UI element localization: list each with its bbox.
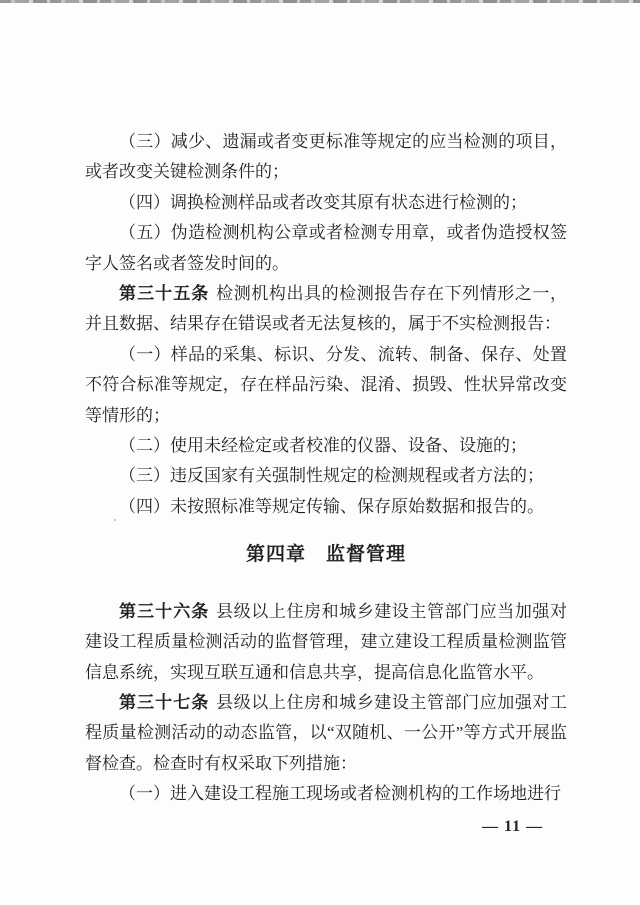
paragraph-text: （四）调换检测样品或者改变其原有状态进行检测的； <box>119 193 527 212</box>
paragraph: （一）进入建设工程施工现场或者检测机构的工作场地进行 <box>85 779 567 809</box>
paragraph: （三）减少、遗漏或者变更标准等规定的应当检测的项目，或者改变关键检测条件的； <box>85 127 567 188</box>
page-content: （三）减少、遗漏或者变更标准等规定的应当检测的项目，或者改变关键检测条件的； （… <box>85 127 567 810</box>
paragraph-text: （一）样品的采集、标识、分发、流转、制备、保存、处置不符合标准等规定，存在样品污… <box>85 345 567 425</box>
article-number: 第三十五条 <box>119 284 209 303</box>
paragraph: （四）未按照标准等规定传输、保存原始数据和报告的。 <box>85 492 567 522</box>
paragraph: （二）使用未经检定或者校准的仪器、设备、设施的； <box>85 431 567 461</box>
paragraph: 第三十七条县级以上住房和城乡建设主管部门应加强对工程质量检测活动的动态监管，以“… <box>85 688 567 779</box>
paragraph-text: （三）减少、遗漏或者变更标准等规定的应当检测的项目，或者改变关键检测条件的； <box>85 132 567 181</box>
paragraph: （五）伪造检测机构公章或者检测专用章，或者伪造授权签字人签名或者签发时间的。 <box>85 218 567 279</box>
paragraph-text: （二）使用未经检定或者校准的仪器、设备、设施的； <box>119 436 527 455</box>
article-number: 第三十六条 <box>119 602 209 621</box>
paragraph-text: （四）未按照标准等规定传输、保存原始数据和报告的。 <box>119 497 544 516</box>
paragraph: （四）调换检测样品或者改变其原有状态进行检测的； <box>85 188 567 218</box>
paragraph-text: （三）违反国家有关强制性规定的检测规程或者方法的； <box>119 466 544 485</box>
paragraph: 第三十六条县级以上住房和城乡建设主管部门应当加强对建设工程质量检测活动的监督管理… <box>85 597 567 688</box>
page-number: — 11 — <box>482 818 543 836</box>
paragraph: （一）样品的采集、标识、分发、流转、制备、保存、处置不符合标准等规定，存在样品污… <box>85 340 567 431</box>
paragraph-text: （一）进入建设工程施工现场或者检测机构的工作场地进行 <box>119 784 561 803</box>
paragraph-text: （五）伪造检测机构公章或者检测专用章，或者伪造授权签字人签名或者签发时间的。 <box>85 223 567 272</box>
article-number: 第三十七条 <box>119 693 209 712</box>
chapter-heading: 第四章 监督管理 <box>85 540 567 570</box>
scan-artifact-line <box>0 0 640 3</box>
document-page: { "page": { "background": "#fdfdfc", "te… <box>0 0 640 905</box>
paragraph: （三）违反国家有关强制性规定的检测规程或者方法的； <box>85 461 567 491</box>
paragraph: 第三十五条检测机构出具的检测报告存在下列情形之一，并且数据、结果存在错误或者无法… <box>85 279 567 340</box>
